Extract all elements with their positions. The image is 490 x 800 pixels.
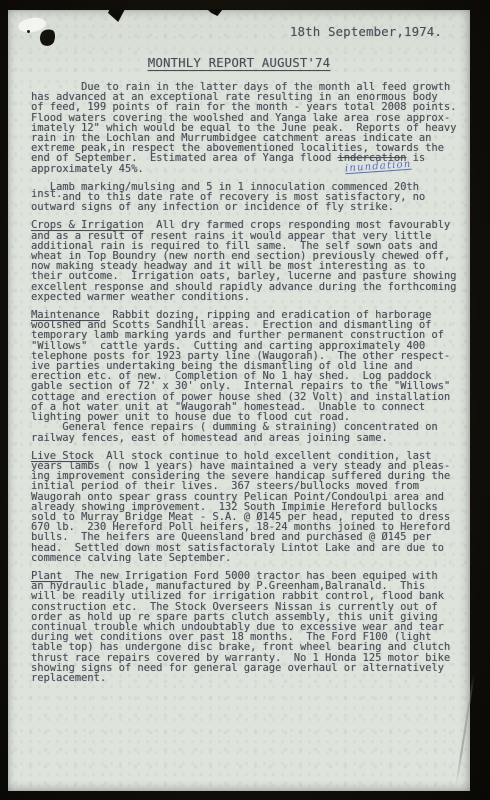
report-title: MONTHLY REPORT AUGUST'74 [8, 56, 470, 70]
report-body: Due to rain in the latter days of the mo… [31, 82, 467, 691]
text-line: approximately 45%. [31, 164, 467, 174]
section-stock-health: Lamb marking/mulsing and 5 in 1 innocula… [31, 182, 467, 213]
ink-stain [38, 27, 58, 48]
text-line: expected warmer weather conditions. [31, 292, 467, 302]
text-line: commence calving late September. [31, 553, 467, 563]
date-line: 18th September,1974. [290, 25, 442, 39]
section-live-stock: Live Stock All stock continue to hold ex… [31, 451, 467, 563]
text-segment: commence calving late September. [31, 552, 231, 564]
text-segment: expected warmer weather conditions. [31, 291, 250, 303]
ink-speck [27, 30, 30, 33]
section-plant: Plant The new Irrigation Ford 5000 tract… [31, 571, 467, 683]
text-segment: approximately 45%. [31, 163, 144, 175]
text-segment: replacement. [31, 672, 106, 684]
text-line: replacement. [31, 673, 467, 683]
text-segment: outward signs of any infection or incide… [31, 201, 394, 213]
text-line: outward signs of any infection or incide… [31, 202, 467, 212]
text-segment: railway fences, east of homestead and ar… [31, 432, 388, 444]
text-segment: inst. [31, 188, 62, 200]
section-opening: Due to rain in the latter days of the mo… [31, 82, 467, 174]
document-page: 18th September,1974. MONTHLY REPORT AUGU… [8, 10, 470, 791]
section-crops-irrigation: Crops & Irrigation All dry farmed crops … [31, 220, 467, 302]
text-line: railway fences, east of homestead and ar… [31, 433, 467, 443]
scan-background: 18th September,1974. MONTHLY REPORT AUGU… [0, 0, 490, 800]
tear-notch-left [108, 9, 125, 22]
tear-notch-right [207, 9, 223, 16]
section-maintenance: Maintenance Rabbit dozing, ripping and e… [31, 310, 467, 443]
